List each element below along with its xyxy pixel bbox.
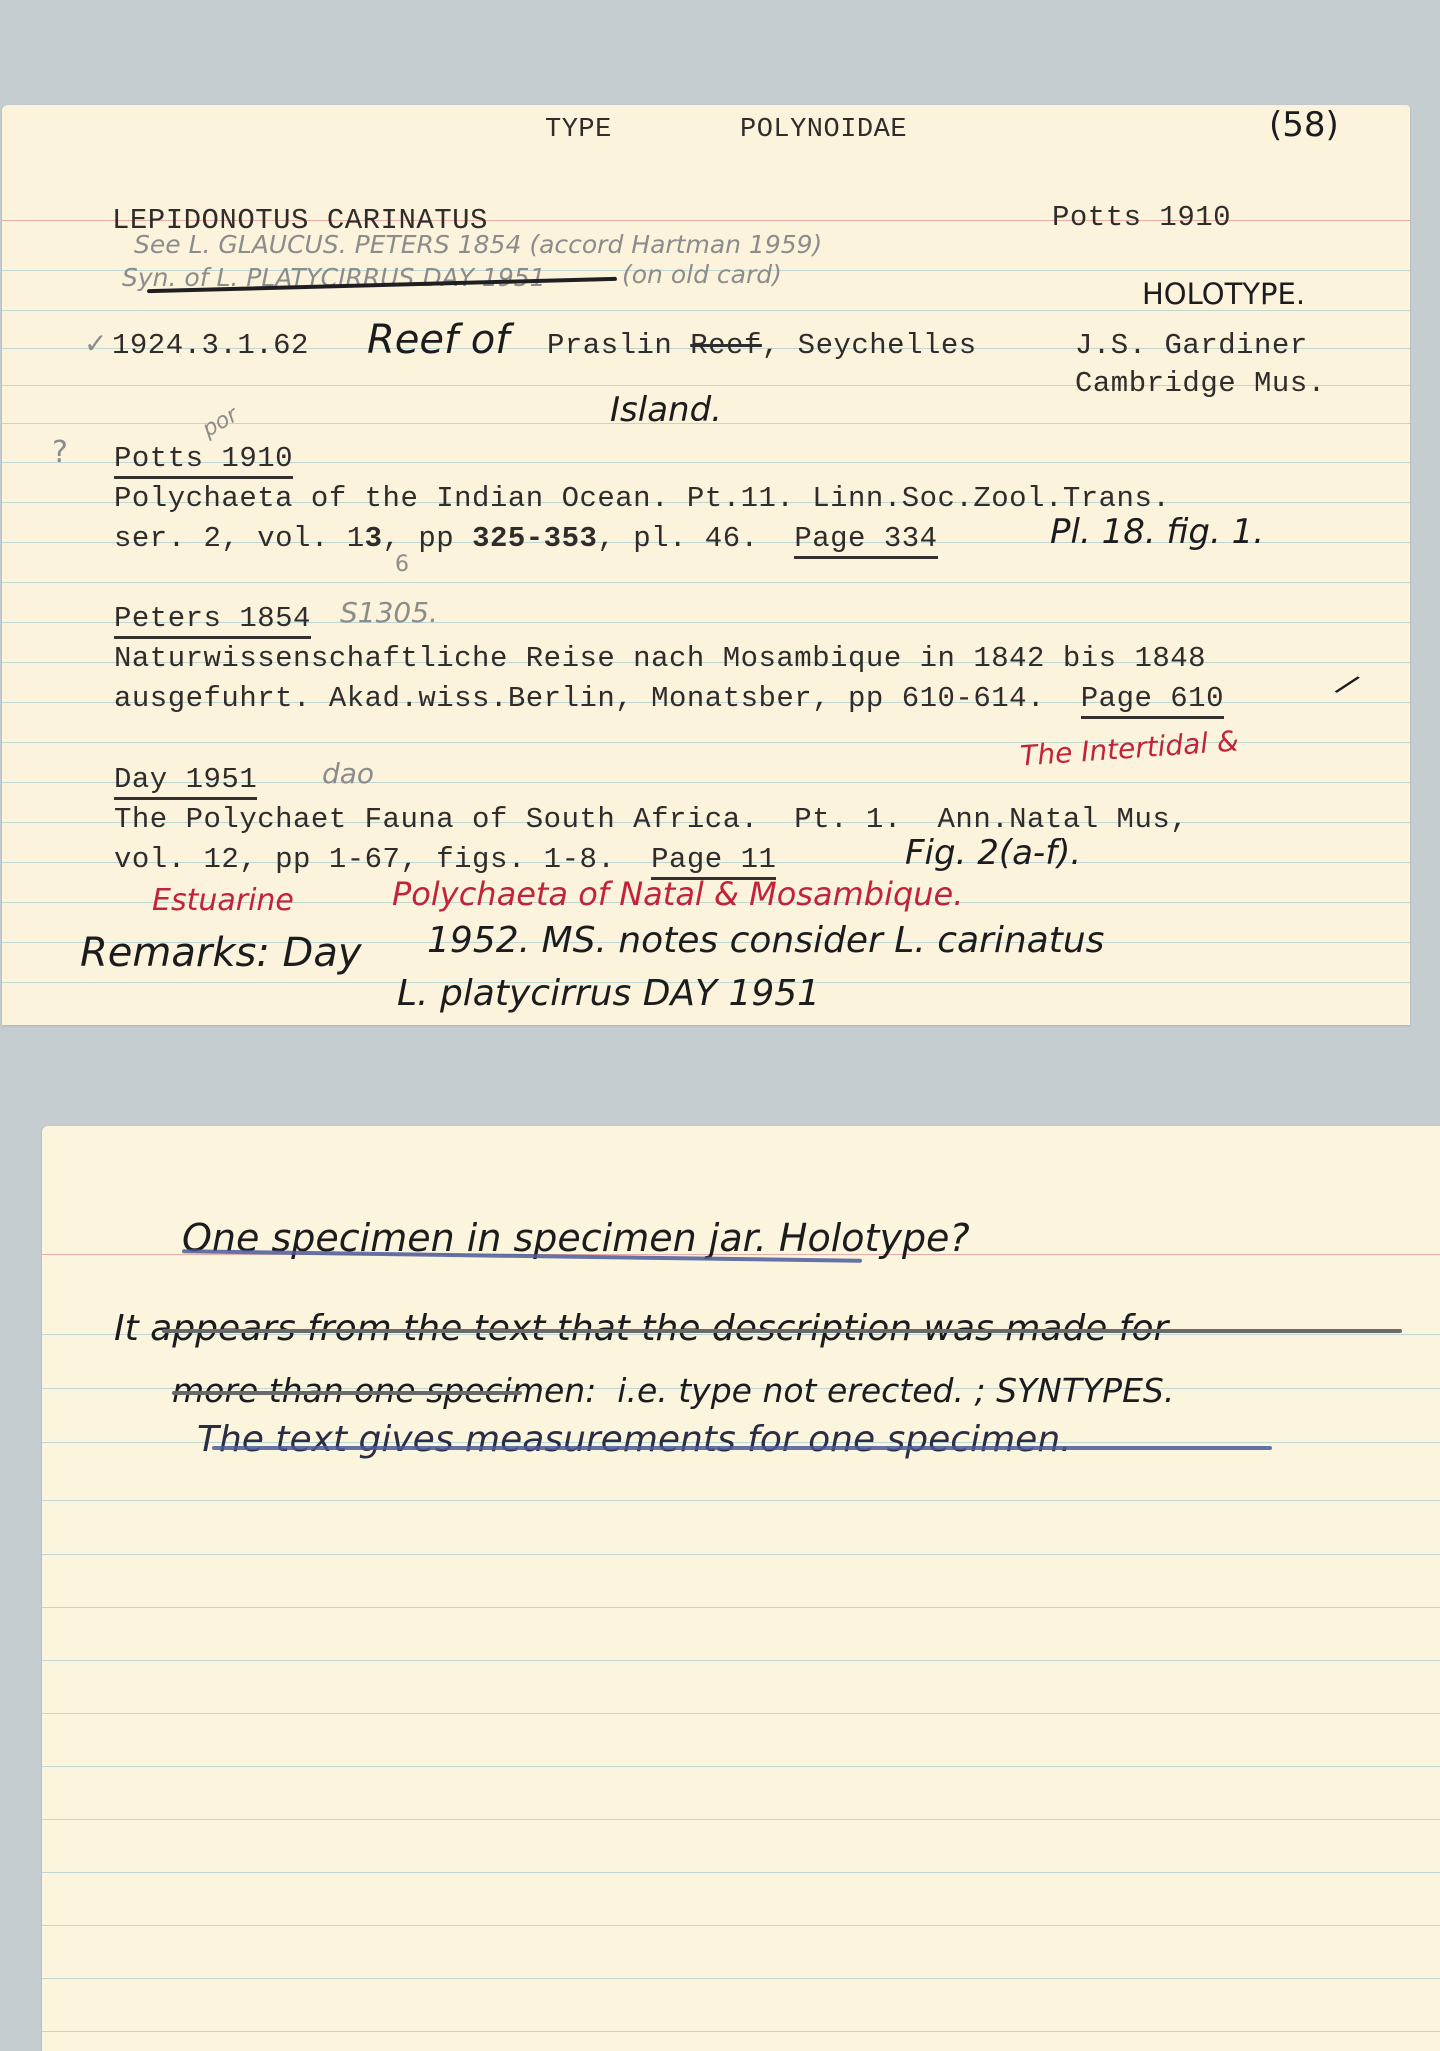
strike-through — [162, 1329, 1402, 1333]
type-label: TYPE — [545, 115, 612, 145]
strike-through — [212, 1446, 1272, 1450]
pencil-tag-dao: dao — [322, 757, 374, 790]
reference-details: vol. 12, pp 1-67, figs. 1-8. Page 11 — [114, 843, 776, 876]
strike-through — [172, 1391, 522, 1395]
remarks-line-1: 1952. MS. notes consider L. carinatus — [427, 920, 1104, 961]
handwritten-plate-fig: Pl. 18. fig. 1. — [1050, 512, 1264, 552]
species-authority: Potts 1910 — [1052, 201, 1231, 234]
question-mark: ? — [52, 435, 68, 470]
pencil-tag-por: por — [198, 403, 242, 443]
ruled-line — [42, 1872, 1440, 1873]
note-line-4: The text gives measurements for one spec… — [197, 1419, 1072, 1460]
ruled-line — [42, 1925, 1440, 1926]
reference-title: Polychaeta of the Indian Ocean. Pt.11. L… — [114, 482, 1170, 515]
holotype-status: HOLOTYPE. — [1142, 277, 1305, 311]
ruled-line — [42, 2031, 1440, 2032]
ruled-line — [42, 1978, 1440, 1979]
reference-citation: Potts 1910 — [114, 442, 293, 475]
register-number: 1924.3.1.62 — [112, 329, 309, 362]
red-note-title: Polychaeta of Natal & Mosambique. — [392, 875, 963, 913]
institution: Cambridge Mus. — [1075, 367, 1326, 400]
ruled-line — [42, 1500, 1440, 1501]
pencil-note-old-card: (on old card) — [622, 260, 782, 289]
reference-citation: Peters 1854 — [114, 602, 311, 635]
index-card-back: One specimen in specimen jar. Holotype? … — [42, 1126, 1440, 2051]
ruled-line — [42, 1554, 1440, 1555]
handwritten-island: Island. — [610, 390, 722, 430]
locality: Praslin Reef, Seychelles — [547, 329, 977, 362]
ruled-line — [42, 1713, 1440, 1714]
ruled-line — [42, 1660, 1440, 1661]
ruled-line — [42, 1819, 1440, 1820]
handwritten-reef-of: Reef of — [367, 317, 509, 363]
handwritten-fig: Fig. 2(a-f). — [905, 833, 1081, 873]
ruled-line — [2, 582, 1410, 583]
correction-digit: 6 — [395, 552, 409, 577]
pencil-note-synonym: See L. GLAUCUS. PETERS 1854 (accord Hart… — [134, 230, 822, 259]
reference-title: The Polychaet Fauna of South Africa. Pt.… — [114, 803, 1188, 836]
pencil-tag-s1305: S1305. — [340, 596, 438, 629]
ruled-line — [42, 1607, 1440, 1608]
index-card-front: TYPE POLYNOIDAE (58) LEPIDONOTUS CARINAT… — [2, 105, 1410, 1025]
remarks-line-2: L. platycirrus DAY 1951 — [397, 973, 820, 1014]
remarks-label: Remarks: Day — [80, 930, 362, 976]
red-note-estuarine: Estuarine — [152, 883, 294, 918]
collector: J.S. Gardiner — [1075, 329, 1308, 362]
card-number: (58) — [1269, 105, 1339, 145]
reference-citation: Day 1951 — [114, 763, 257, 796]
tick-mark: / — [1334, 667, 1360, 702]
reference-details: ausgefuhrt. Akad.wiss.Berlin, Monatsber,… — [114, 682, 1224, 715]
ruled-line — [42, 1766, 1440, 1767]
check-mark-icon: ✓ — [84, 327, 107, 360]
reference-title: Naturwissenschaftliche Reise nach Mosamb… — [114, 642, 1206, 675]
reference-details: ser. 2, vol. 13, pp 325-353, pl. 46. Pag… — [114, 522, 938, 555]
red-insert-intertidal: The Intertidal & — [1019, 724, 1240, 772]
family-name: POLYNOIDAE — [740, 115, 907, 145]
